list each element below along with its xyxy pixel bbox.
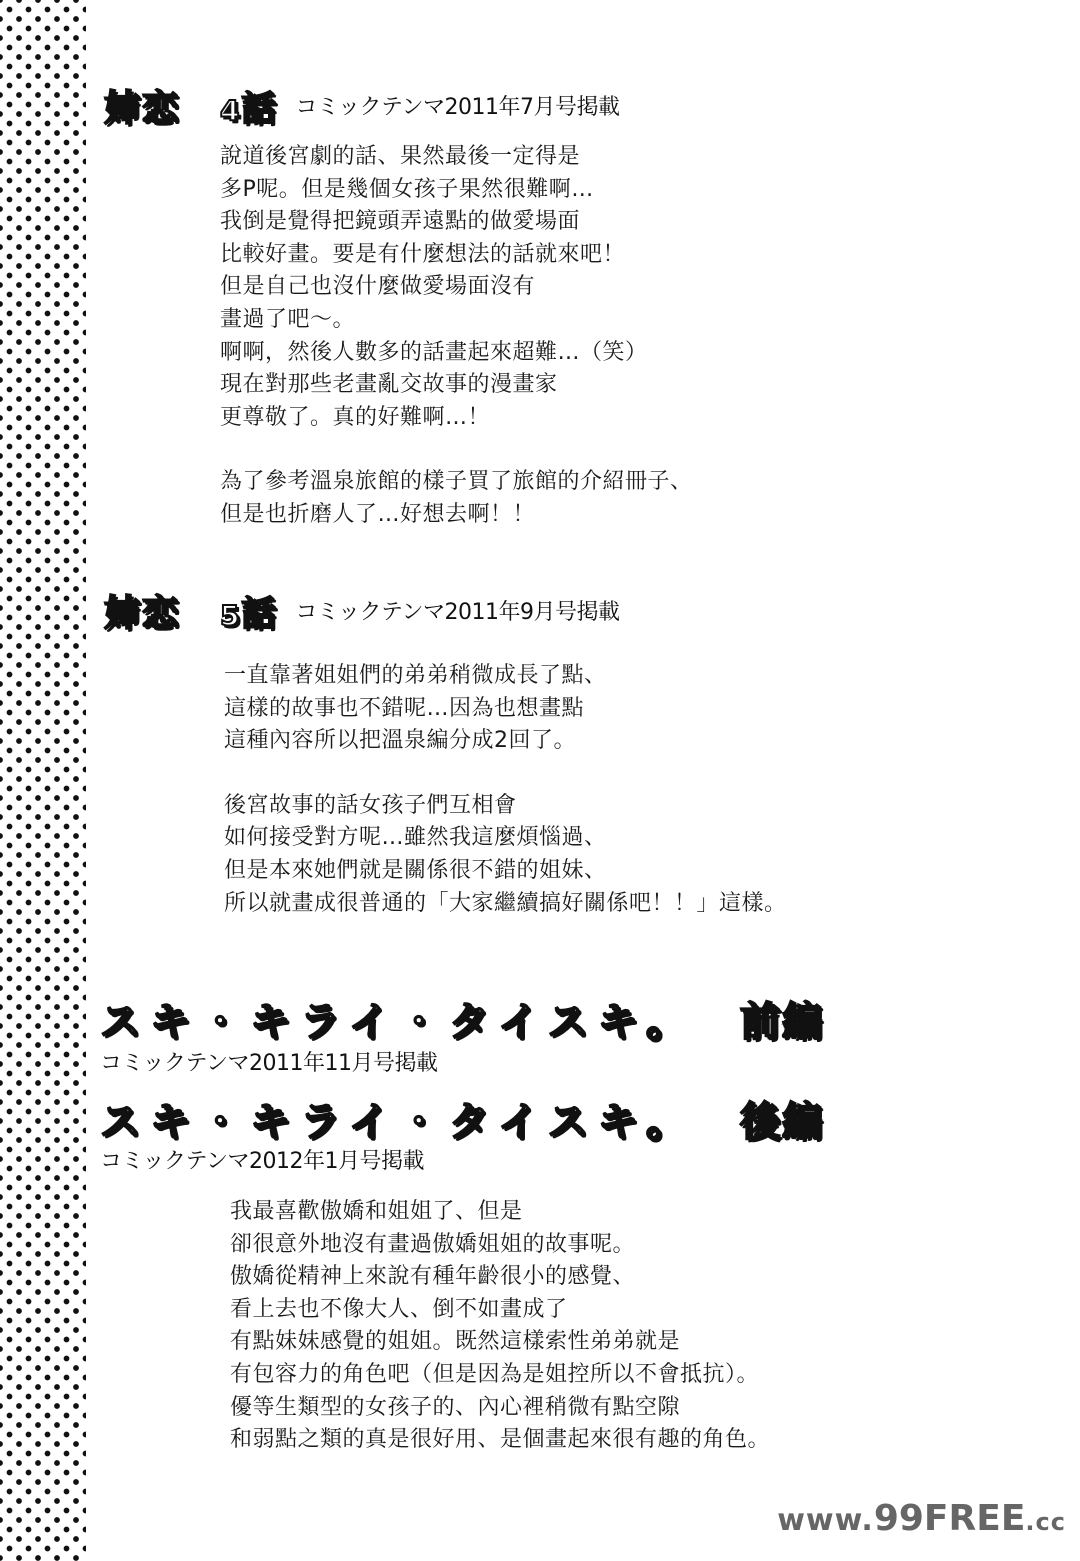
text-line: 為了參考溫泉旅館的樣子買了旅館的介紹冊子、: [220, 466, 693, 499]
series-title: 姉恋: [104, 80, 180, 131]
section-body-ep5: 一直靠著姐姐們的弟弟稍微成長了點、 這樣的故事也不錯呢…因為也想畫點 這種內容所…: [224, 660, 787, 920]
text-line: 多P呢。但是幾個女孩子果然很難啊…: [220, 174, 693, 207]
text-line: 現在對那些老畫亂交故事的漫畫家: [220, 369, 693, 402]
series-title: 姉恋: [104, 585, 180, 636]
section-heading-ep4: 姉恋 4話 コミックテンマ2011年7月号掲載: [104, 80, 619, 131]
publication-note: コミックテンマ2012年1月号掲載: [100, 1144, 424, 1175]
publication-note: コミックテンマ2011年7月号掲載: [296, 90, 620, 121]
text-line: 畫過了吧～。: [220, 304, 693, 337]
episode-label: 5話: [220, 586, 277, 635]
text-line: 這樣的故事也不錯呢…因為也想畫點: [224, 693, 787, 726]
text-line: 優等生類型的女孩子的、內心裡稍微有點空隙: [230, 1392, 770, 1425]
text-line: 這種內容所以把溫泉編分成2回了。: [224, 725, 787, 758]
text-line: 但是也折磨人了…好想去啊！！: [220, 499, 693, 532]
site-watermark: www.99FREE.cc: [777, 1498, 1066, 1539]
text-line: 我最喜歡傲嬌和姐姐了、但是: [230, 1196, 770, 1229]
publication-note: コミックテンマ2011年9月号掲載: [296, 595, 620, 626]
part-label: 前編: [740, 999, 824, 1045]
text-line: 後宮故事的話女孩子們互相會: [224, 790, 787, 823]
text-line: 更尊敬了。真的好難啊…！: [220, 402, 693, 435]
text-line: 比較好畫。要是有什麼想法的話就來吧！: [220, 239, 693, 272]
text-line: 如何接受對方呢…雖然我這麼煩惱過、: [224, 822, 787, 855]
section-heading-ep5: 姉恋 5話 コミックテンマ2011年9月号掲載: [104, 585, 619, 636]
text-line: 但是本來她們就是關係很不錯的姐妹、: [224, 855, 787, 888]
text-line: 卻很意外地沒有畫過傲嬌姐姐的故事呢。: [230, 1229, 770, 1262]
text-line: 有包容力的角色吧（但是因為是姐控所以不會抵抗）。: [230, 1359, 770, 1392]
story-title-part1: スキ・キライ・タイスキ。前編: [100, 990, 824, 1047]
section-body-suki-kirai: 我最喜歡傲嬌和姐姐了、但是 卻很意外地沒有畫過傲嬌姐姐的故事呢。 傲嬌從精神上來…: [230, 1196, 770, 1457]
halftone-dot-border: [0, 0, 86, 1561]
text-line: 啊啊，然後人數多的話畫起來超難…（笑）: [220, 337, 693, 370]
text-line: 傲嬌從精神上來說有種年齡很小的感覺、: [230, 1261, 770, 1294]
publication-note: コミックテンマ2011年11月号掲載: [100, 1046, 437, 1077]
text-line: 但是自己也沒什麼做愛場面沒有: [220, 271, 693, 304]
episode-label: 4話: [220, 81, 277, 130]
text-line: 和弱點之類的真是很好用、是個畫起來很有趣的角色。: [230, 1424, 770, 1457]
text-line: 有點妹妹感覺的姐姐。既然這樣索性弟弟就是: [230, 1326, 770, 1359]
text-line: 一直靠著姐姐們的弟弟稍微成長了點、: [224, 660, 787, 693]
text-line: 看上去也不像大人、倒不如畫成了: [230, 1294, 770, 1327]
section-body-ep4: 說道後宮劇的話、果然最後一定得是 多P呢。但是幾個女孩子果然很難啊… 我倒是覺得…: [220, 141, 693, 532]
story-title-part2: スキ・キライ・タイスキ。後編: [100, 1090, 824, 1147]
part-label: 後編: [740, 1099, 824, 1145]
text-line: 說道後宮劇的話、果然最後一定得是: [220, 141, 693, 174]
text-line: 所以就畫成很普通的「大家繼續搞好關係吧！！」這樣。: [224, 888, 787, 921]
text-line: 我倒是覺得把鏡頭弄遠點的做愛場面: [220, 206, 693, 239]
